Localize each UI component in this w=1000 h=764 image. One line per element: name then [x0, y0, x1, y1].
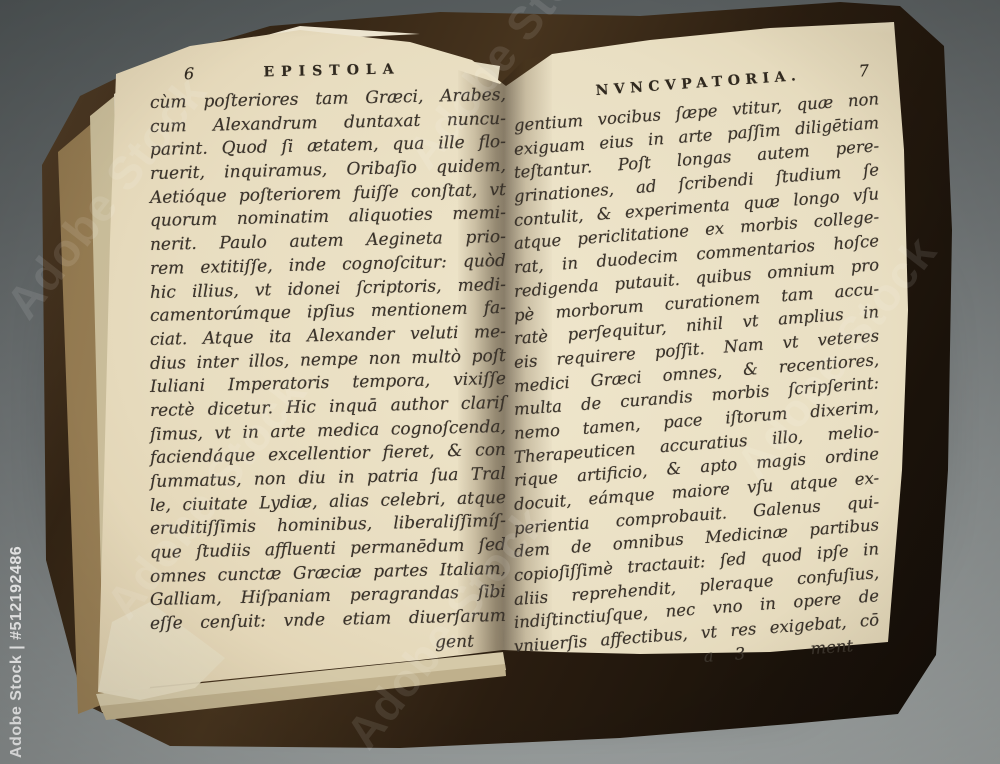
page-number-right: 7: [858, 61, 870, 81]
page-number-left: 6: [184, 64, 195, 83]
photo-background: 6 EPISTOLA cùm poſteriores tam Græci, Ar…: [0, 0, 1000, 764]
catchword-right: ment: [810, 632, 880, 661]
right-page-lines: gentium vocibus ſæpe vtitur, quæ nonexig…: [514, 114, 880, 659]
right-page-text: NVNCVPATORIA. 7 gentium vocibus ſæpe vti…: [514, 84, 880, 683]
left-page-text: 6 EPISTOLA cùm poſteriores tam Græci, Ar…: [150, 62, 506, 661]
left-page-lines: cùm poſteriores tam Græci, Arabes,cum Al…: [150, 92, 506, 637]
running-title-left: EPISTOLA: [263, 61, 401, 80]
signature-mark: a 3: [703, 641, 754, 669]
stock-id-watermark: Adobe Stock | #512192486: [8, 546, 26, 758]
